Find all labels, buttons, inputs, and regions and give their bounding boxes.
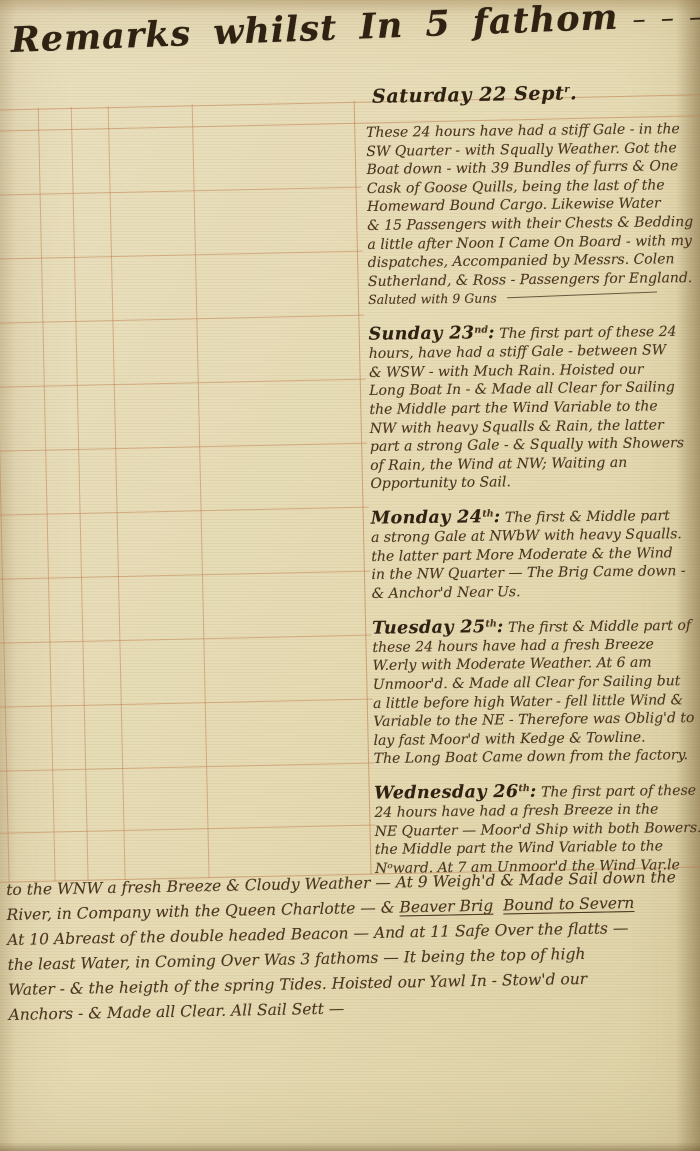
table-top-rule bbox=[0, 94, 700, 111]
table-rule bbox=[0, 379, 366, 388]
entry-date: Wednesday 26 bbox=[374, 782, 519, 804]
table-rule bbox=[0, 635, 371, 644]
page-title: Remarks whilst In 5 fathom– – ———— bbox=[10, 0, 671, 61]
table-column-line bbox=[192, 104, 210, 878]
entry-date: Tuesday 25 bbox=[372, 617, 486, 638]
log-line: Saluted with 9 Guns bbox=[368, 287, 700, 310]
table-column-line bbox=[38, 108, 56, 882]
table-column-line bbox=[71, 107, 89, 881]
table-rule bbox=[0, 251, 363, 260]
entry-date: Monday 24 bbox=[371, 507, 483, 528]
log-line: & Anchor'd Near Us. bbox=[372, 581, 700, 604]
title-flourish: – – ———— bbox=[632, 0, 700, 35]
table-rule bbox=[0, 315, 364, 324]
footer-continuation: to the WNW a fresh Breeze & Cloudy Weath… bbox=[6, 865, 700, 1028]
ink-flourish bbox=[507, 292, 657, 300]
table-rule bbox=[0, 443, 367, 452]
table-rule bbox=[0, 571, 370, 580]
log-entry-sunday: Sunday 23nd: The first part of these 24 … bbox=[368, 319, 700, 494]
table-rule bbox=[0, 507, 369, 516]
underlined-ship-name: Beaver Brig bbox=[399, 897, 493, 917]
log-line: Opportunity to Sail. bbox=[370, 471, 700, 494]
log-line: The Long Boat Came down from the factory… bbox=[374, 746, 700, 769]
entry-date: Sunday 23 bbox=[368, 323, 474, 344]
log-entries-column: These 24 hours have had a stiff Gale - i… bbox=[366, 120, 700, 892]
table-rule bbox=[0, 699, 373, 708]
page-title-text: Remarks whilst In 5 fathom bbox=[10, 0, 619, 61]
underlined-destination: Bound to Severn bbox=[503, 894, 634, 915]
log-entry-tuesday: Tuesday 25th: The first & Middle part of… bbox=[372, 612, 700, 768]
entry-date-saturday: Saturday 22 Septr. bbox=[372, 82, 578, 108]
log-entry-wednesday: Wednesday 26th: The first part of these … bbox=[374, 778, 700, 879]
log-entry-monday: Monday 24th: The first & Middle part a s… bbox=[371, 503, 700, 604]
logbook-page: Remarks whilst In 5 fathom– – ———— Satur… bbox=[0, 0, 700, 1151]
table-rule bbox=[0, 825, 375, 834]
table-rule bbox=[0, 187, 362, 196]
log-line: Variable to the NE - Therefore was Oblig… bbox=[373, 709, 700, 732]
log-entry-saturday: These 24 hours have had a stiff Gale - i… bbox=[366, 120, 700, 310]
table-rule bbox=[0, 763, 374, 772]
table-column-line bbox=[0, 109, 10, 883]
table-column-line bbox=[108, 106, 126, 880]
